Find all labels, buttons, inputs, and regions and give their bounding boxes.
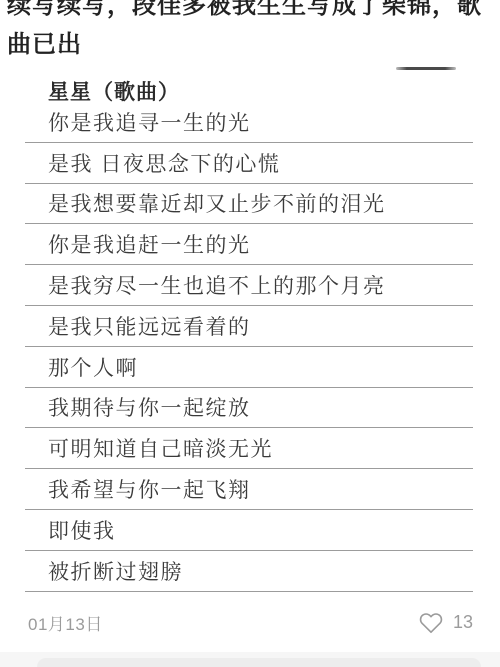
lyric-line: 是我只能远远看着的: [25, 306, 473, 347]
lyric-line: 我期待与你一起绽放: [25, 388, 473, 429]
post-header-text: 续写续写，段佳多被我生生写成了柴锦，歌曲已出: [7, 0, 493, 64]
collapse-dash-icon: [396, 67, 456, 70]
lyrics-list: 你是我追寻一生的光 是我 日夜思念下的心慌 是我想要靠近却又止步不前的泪光 你是…: [25, 102, 473, 592]
lyric-line: 被折断过翅膀: [25, 551, 473, 592]
card-footer: 01月13日 13: [28, 610, 473, 635]
lyric-line: 你是我追赶一生的光: [25, 224, 473, 265]
lyric-line: 是我穷尽一生也追不上的那个月亮: [25, 265, 473, 306]
heart-outline-icon: [418, 611, 444, 635]
post-date: 01月13日: [28, 610, 103, 635]
lyric-line: 是我 日夜思念下的心慌: [25, 143, 473, 184]
lyric-line: 是我想要靠近却又止步不前的泪光: [25, 184, 473, 225]
lyric-line: 我希望与你一起飞翔: [25, 469, 473, 510]
lyric-line: 你是我追寻一生的光: [25, 102, 473, 143]
like-button[interactable]: 13: [418, 611, 473, 635]
lyric-line: 那个人啊: [25, 347, 473, 388]
lyric-line: 即使我: [25, 510, 473, 551]
like-count: 13: [453, 612, 473, 633]
lyric-line: 可明知道自己暗淡无光: [25, 428, 473, 469]
next-card-peek[interactable]: [37, 658, 481, 667]
